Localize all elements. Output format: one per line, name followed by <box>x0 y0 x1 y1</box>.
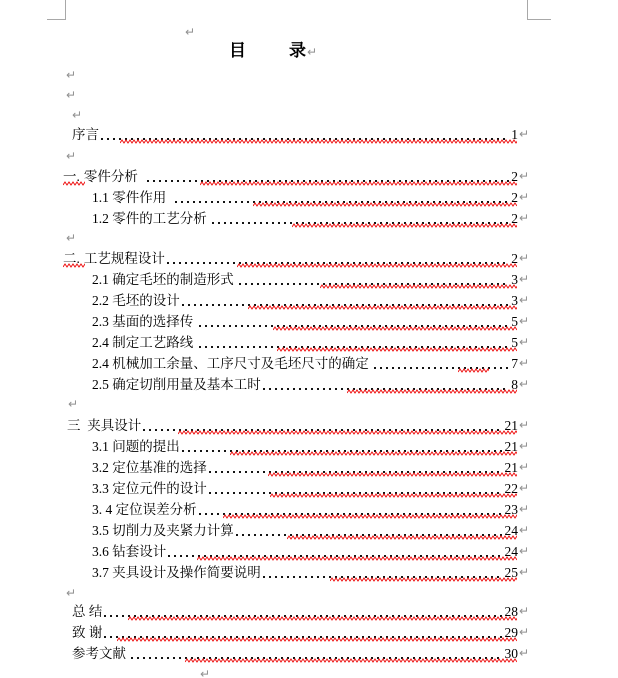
paragraph-mark-icon: ↵ <box>519 271 529 288</box>
paragraph-mark-icon: ↵ <box>519 417 529 434</box>
toc-entry-text: 2.2 毛坯的设计 <box>92 292 180 309</box>
toc-entry-text: 3.2 定位基准的选择 <box>92 459 207 476</box>
spellcheck-squiggle <box>230 451 517 456</box>
spellcheck-squiggle <box>178 430 517 435</box>
spellcheck-squiggle <box>347 389 517 394</box>
spellcheck-squiggle <box>277 347 517 352</box>
paragraph-mark-icon: ↵ <box>519 376 529 393</box>
paragraph-mark-icon: ↵ <box>519 501 529 518</box>
spellcheck-squiggle <box>117 637 517 642</box>
page-number: 7 <box>511 355 518 372</box>
spellcheck-squiggle <box>287 535 517 540</box>
crop-mark-top-left-vertical <box>65 0 66 19</box>
spellcheck-squiggle <box>185 658 517 663</box>
paragraph-mark-icon: ↵ <box>519 292 529 309</box>
paragraph-mark-icon: ↵ <box>519 624 529 641</box>
toc-entry-text: 2.1 确定毛坯的制造形式 <box>92 271 237 288</box>
toc-entry-text: 1.2 零件的工艺分析 <box>92 210 210 227</box>
toc-title: 目 录↵ <box>229 41 317 61</box>
paragraph-mark-icon: ↵ <box>519 603 529 620</box>
paragraph-mark-icon: ↵ <box>185 25 195 39</box>
paragraph-mark-icon: ↵ <box>66 88 76 102</box>
paragraph-mark-icon: ↵ <box>519 355 529 372</box>
toc-entry-text: 2.4 机械加工余量、工序尺寸及毛坯尺寸的确定 <box>92 355 372 372</box>
spellcheck-squiggle <box>270 493 517 498</box>
paragraph-mark-icon: ↵ <box>519 645 529 662</box>
paragraph-mark-icon: ↵ <box>519 168 529 185</box>
toc-entry-text: 3.6 钻套设计 <box>92 543 166 560</box>
paragraph-mark-icon: ↵ <box>66 586 76 600</box>
toc-entry-text: 序言 <box>72 126 99 143</box>
toc-entry-text: 工艺规程设计 <box>84 250 165 267</box>
spellcheck-squiggle <box>197 556 517 561</box>
spellcheck-squiggle <box>128 616 517 621</box>
toc-entry-text: 零件分析 <box>84 168 145 185</box>
toc-entry-text: 2.5 确定切削用量及基本工时 <box>92 376 261 393</box>
crop-mark-top-right-vertical <box>527 0 528 19</box>
crop-mark-top-left-horizontal <box>47 19 66 20</box>
paragraph-mark-icon: ↵ <box>519 564 529 581</box>
document-page[interactable]: 目 录↵ ↵↵↵↵序言1↵↵一.零件分析 2↵1.1 零件作用 2↵1.2 零件… <box>0 0 618 678</box>
paragraph-mark-icon: ↵ <box>66 68 76 82</box>
toc-entry-text: 3.5 切削力及夹紧力计算 <box>92 522 234 539</box>
toc-entry-text: 2.4 制定工艺路线 <box>92 334 197 351</box>
toc-entry-text: 致 谢 <box>72 624 102 641</box>
paragraph-mark-icon: ↵ <box>72 108 82 122</box>
toc-entry-text: 参考文献 <box>72 645 129 662</box>
paragraph-mark-icon: ↵ <box>66 149 76 163</box>
paragraph-mark-icon: ↵ <box>519 334 529 351</box>
paragraph-mark-icon: ↵ <box>68 397 78 411</box>
toc-entry-text: 1.1 零件作用 <box>92 189 173 206</box>
crop-mark-top-right-horizontal <box>527 19 551 20</box>
toc-entry-text: 2.3 基面的选择传 <box>92 313 197 330</box>
spellcheck-squiggle <box>237 263 517 268</box>
toc-entry-text: 总 结 <box>72 603 102 620</box>
spellcheck-squiggle <box>63 181 85 186</box>
paragraph-mark-icon: ↵ <box>519 210 529 227</box>
toc-entry-text: 3.7 夹具设计及操作简要说明 <box>92 564 261 581</box>
paragraph-mark-icon: ↵ <box>519 480 529 497</box>
spellcheck-squiggle <box>458 368 489 373</box>
paragraph-mark-icon: ↵ <box>519 126 529 143</box>
spellcheck-squiggle <box>223 514 517 519</box>
toc-entry-text: 3. 4 定位误差分析 <box>92 501 197 518</box>
spellcheck-squiggle <box>268 472 517 477</box>
spellcheck-squiggle <box>273 326 517 331</box>
spellcheck-squiggle <box>120 139 517 144</box>
paragraph-mark-icon: ↵ <box>519 313 529 330</box>
paragraph-mark-icon: ↵ <box>519 522 529 539</box>
spellcheck-squiggle <box>253 202 517 207</box>
toc-entry-text: 三 夹具设计 <box>67 417 141 434</box>
toc-entry-text: 3.3 定位元件的设计 <box>92 480 207 497</box>
spellcheck-squiggle <box>248 305 517 310</box>
paragraph-mark-icon: ↵ <box>519 438 529 455</box>
paragraph-mark-icon: ↵ <box>307 45 317 59</box>
toc-entry[interactable]: 2.4 机械加工余量、工序尺寸及毛坯尺寸的确定 7 <box>92 355 518 372</box>
toc-entry-text: 3.1 问题的提出 <box>92 438 180 455</box>
spellcheck-squiggle <box>200 181 517 186</box>
paragraph-mark-icon: ↵ <box>66 231 76 245</box>
spellcheck-squiggle <box>320 284 517 289</box>
paragraph-mark-icon: ↵ <box>519 250 529 267</box>
paragraph-mark-icon: ↵ <box>519 459 529 476</box>
spellcheck-squiggle <box>330 577 517 582</box>
paragraph-mark-icon: ↵ <box>519 543 529 560</box>
spellcheck-squiggle <box>63 263 85 268</box>
paragraph-mark-icon: ↵ <box>519 189 529 206</box>
spellcheck-squiggle <box>292 223 517 228</box>
paragraph-mark-icon: ↵ <box>200 667 210 678</box>
toc-title-text: 目 录 <box>229 41 307 60</box>
